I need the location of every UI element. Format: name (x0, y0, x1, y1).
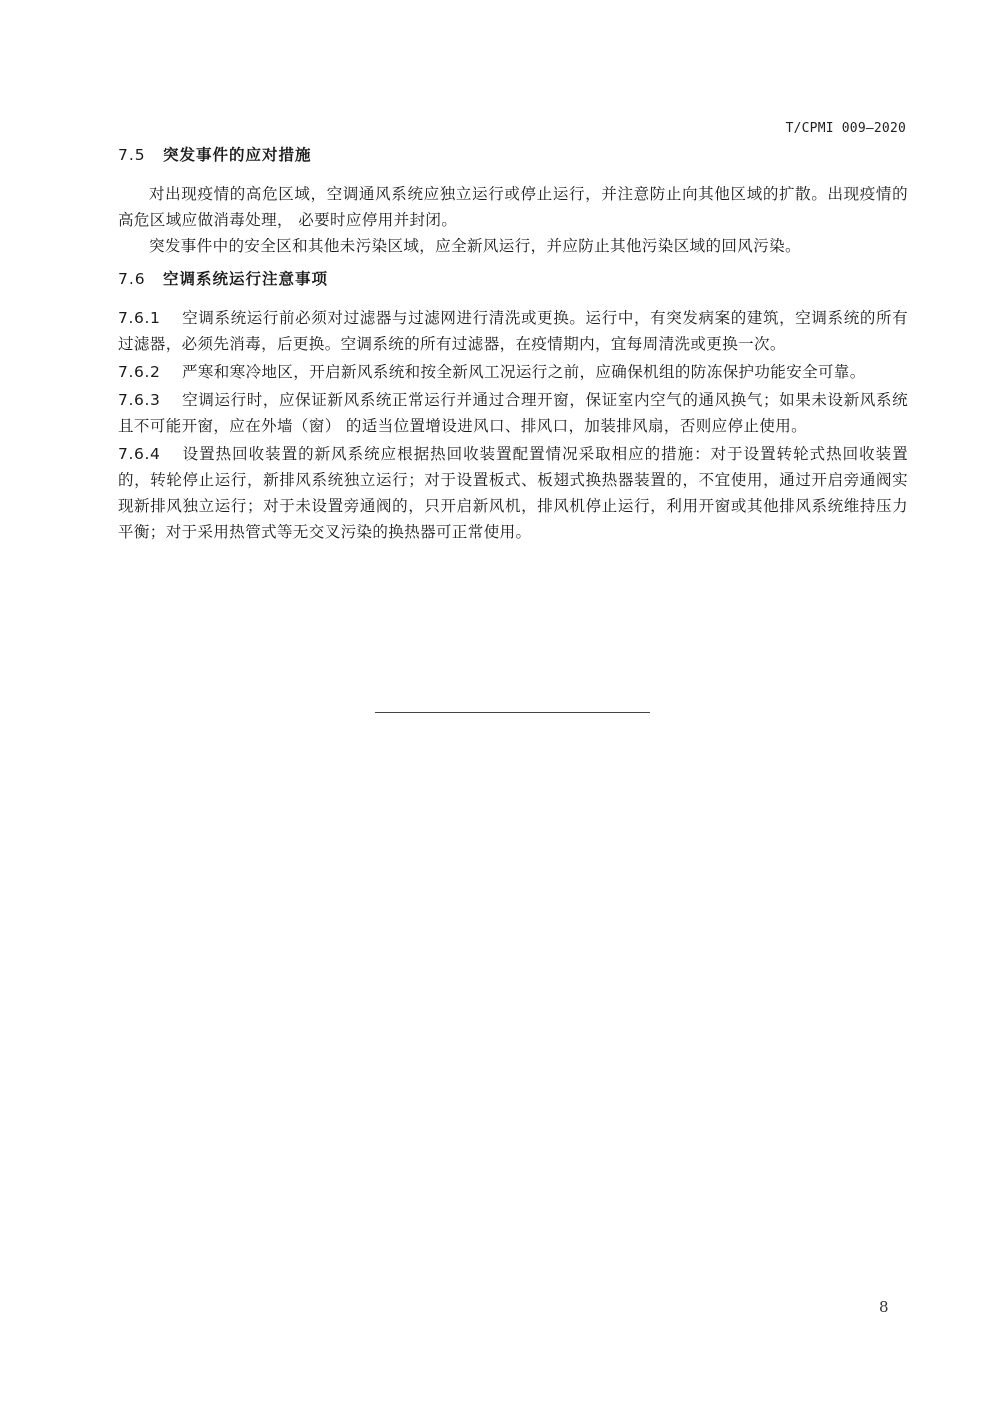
clause-text: 设置热回收装置的新风系统应根据热回收装置配置情况采取相应的措施：对于设置转轮式热… (118, 445, 908, 541)
end-of-text-rule (375, 712, 650, 713)
clause-number: 7.6.3 (118, 387, 182, 413)
section-number: 7.5 (118, 144, 163, 166)
section-title: 空调系统运行注意事项 (163, 268, 328, 290)
page-content: 7.5 突发事件的应对措施 对出现疫情的高危区域，空调通风系统应独立运行或停止运… (118, 144, 908, 545)
clause-7-6-1: 7.6.1空调系统运行前必须对过滤器与过滤网进行清洗或更换。运行中，有突发病案的… (118, 305, 908, 357)
section-heading-7-5: 7.5 突发事件的应对措施 (118, 144, 908, 166)
document-page: T/CPMI 009—2020 7.5 突发事件的应对措施 对出现疫情的高危区域… (0, 0, 1000, 1414)
clause-7-6-4: 7.6.4设置热回收装置的新风系统应根据热回收装置配置情况采取相应的措施：对于设… (118, 441, 908, 545)
clause-number: 7.6.1 (118, 305, 182, 331)
section-heading-7-6: 7.6 空调系统运行注意事项 (118, 268, 908, 290)
paragraph: 突发事件中的安全区和其他未污染区域，应全新风运行，并应防止其他污染区域的回风污染… (118, 233, 908, 259)
clause-text: 空调运行时，应保证新风系统正常运行并通过合理开窗，保证室内空气的通风换气；如果未… (118, 391, 908, 435)
clause-text: 严寒和寒冷地区，开启新风系统和按全新风工况运行之前，应确保机组的防冻保护功能安全… (182, 363, 866, 381)
clause-number: 7.6.4 (118, 441, 182, 467)
clause-text: 空调系统运行前必须对过滤器与过滤网进行清洗或更换。运行中，有突发病案的建筑，空调… (118, 309, 908, 353)
section-number: 7.6 (118, 268, 163, 290)
paragraph: 对出现疫情的高危区域，空调通风系统应独立运行或停止运行，并注意防止向其他区域的扩… (118, 181, 908, 233)
clause-7-6-3: 7.6.3空调运行时，应保证新风系统正常运行并通过合理开窗，保证室内空气的通风换… (118, 387, 908, 439)
section-title: 突发事件的应对措施 (163, 144, 312, 166)
clause-number: 7.6.2 (118, 359, 182, 385)
document-id: T/CPMI 009—2020 (786, 121, 906, 136)
page-number: 8 (879, 1298, 889, 1316)
clause-7-6-2: 7.6.2严寒和寒冷地区，开启新风系统和按全新风工况运行之前，应确保机组的防冻保… (118, 359, 908, 385)
